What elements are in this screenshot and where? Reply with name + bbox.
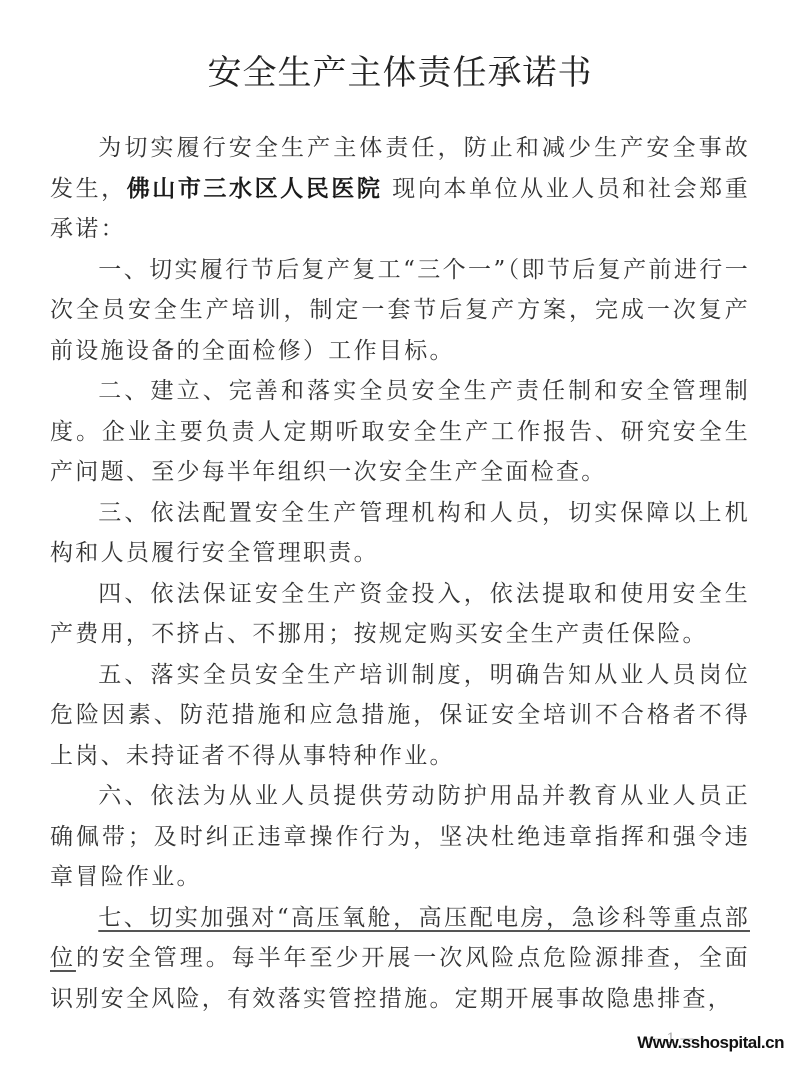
commitment-item-2: 二、建立、完善和落实全员安全生产责任制和安全管理制度。企业主要负责人定期听取安全… (50, 371, 750, 493)
document-title: 安全生产主体责任承诺书 (0, 45, 800, 94)
commitment-item-7: 七、切实加强对“高压氧舱，高压配电房，急诊科等重点部位的安全管理。每半年至少开展… (50, 898, 750, 1020)
organization-name: 佛山市三水区人民医院 (127, 175, 383, 202)
document-body: 为切实履行安全生产主体责任，防止和减少生产安全事故发生，佛山市三水区人民医院 现… (50, 128, 750, 1019)
commitment-item-5: 五、落实全员安全生产培训制度，明确告知从业人员岗位危险因素、防范措施和应急措施，… (50, 655, 750, 777)
commitment-item-6: 六、依法为从业人员提供劳动防护用品并教育从业人员正确佩带；及时纠正违章操作行为，… (50, 776, 750, 898)
commitment-item-4: 四、依法保证安全生产资金投入，依法提取和使用安全生产费用，不挤占、不挪用；按规定… (50, 574, 750, 655)
item-7-rest-text: 的安全管理。每半年至少开展一次风险点危险源排查，全面识别安全风险，有效落实管控措… (50, 945, 750, 1012)
site-watermark: Www.sshospital.cn (637, 1033, 784, 1053)
intro-paragraph: 为切实履行安全生产主体责任，防止和减少生产安全事故发生，佛山市三水区人民医院 现… (50, 128, 750, 250)
commitment-item-1: 一、切实履行节后复产复工“三个一”（即节后复产前进行一次全员安全生产培训，制定一… (50, 250, 750, 372)
commitment-item-3: 三、依法配置安全生产管理机构和人员，切实保障以上机构和人员履行安全管理职责。 (50, 493, 750, 574)
